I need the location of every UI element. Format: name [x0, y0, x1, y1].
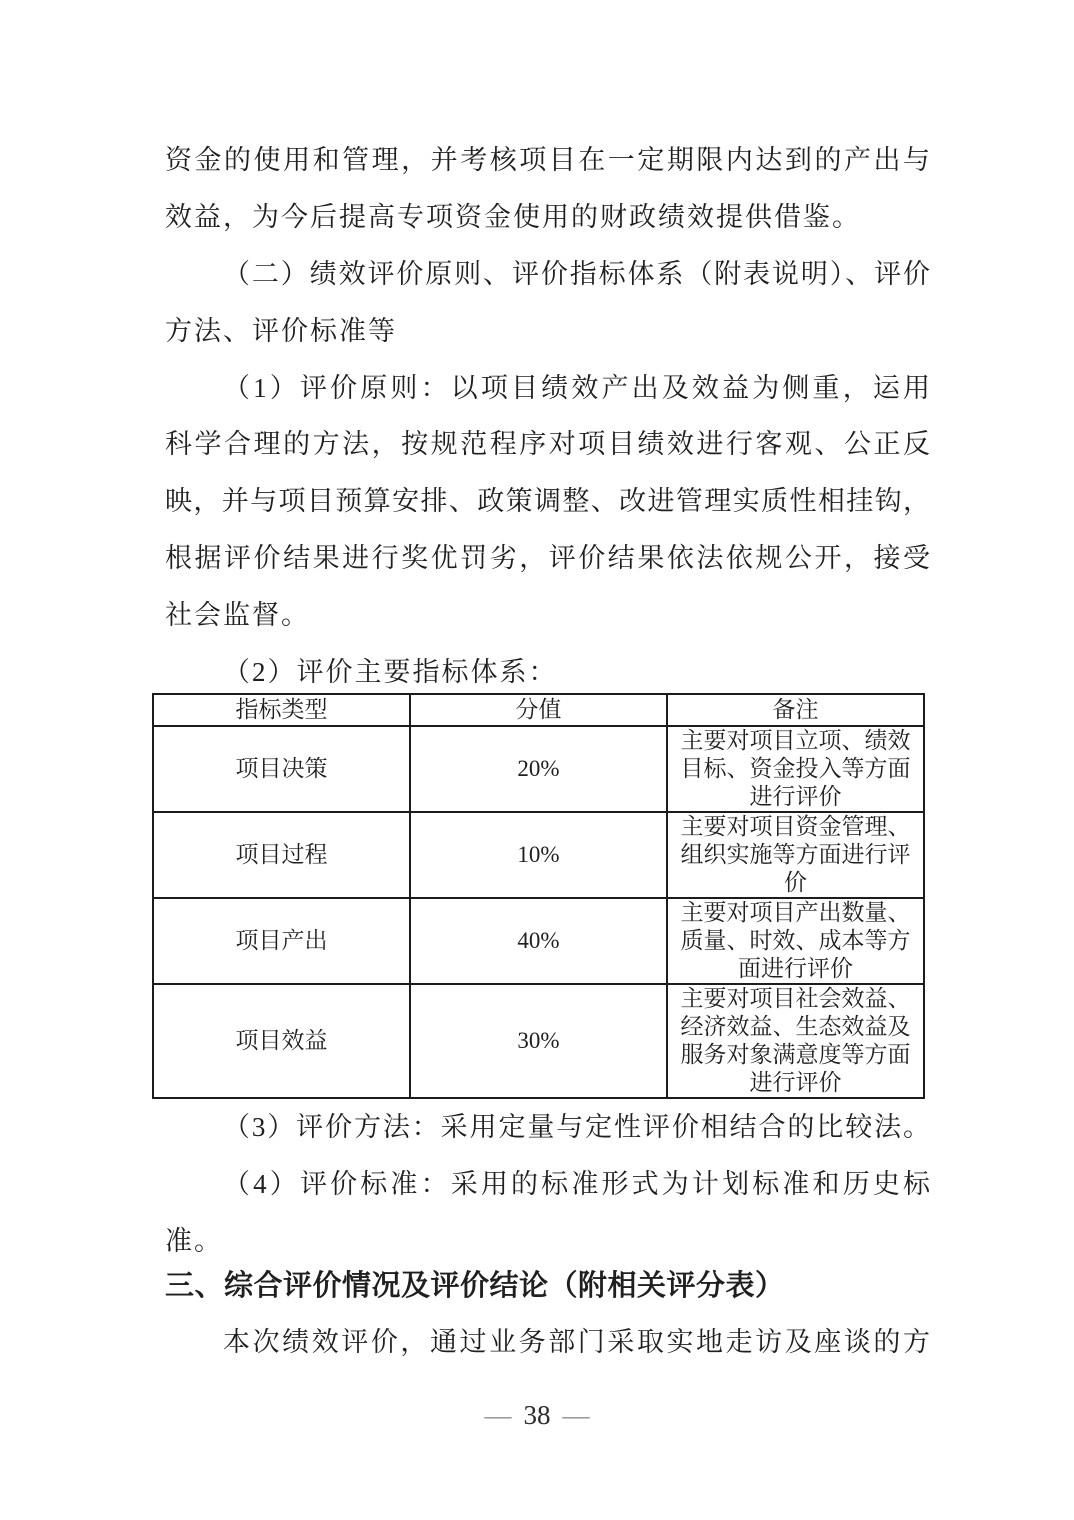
- column-header-note: 备注: [667, 694, 924, 726]
- table-row: 项目产出 40% 主要对项目产出数量、质量、时效、成本等方面进行评价: [153, 898, 924, 984]
- cell-score: 10%: [410, 812, 667, 898]
- body-line: 本次绩效评价，通过业务部门采取实地走访及座谈的方: [165, 1314, 930, 1371]
- body-line: 方法、评价标准等: [165, 303, 930, 360]
- cell-category: 项目过程: [153, 812, 410, 898]
- body-line: 效益，为今后提高专项资金使用的财政绩效提供借鉴。: [165, 189, 930, 246]
- page-number-dash-left: —: [473, 1400, 524, 1430]
- table-row: 项目过程 10% 主要对项目资金管理、组织实施等方面进行评价: [153, 812, 924, 898]
- cell-note: 主要对项目资金管理、组织实施等方面进行评价: [667, 812, 924, 898]
- cell-note: 主要对项目立项、绩效目标、资金投入等方面进行评价: [667, 726, 924, 812]
- body-line: 根据评价结果进行奖优罚劣，评价结果依法依规公开，接受: [165, 530, 930, 587]
- cell-score: 30%: [410, 984, 667, 1098]
- body-line: （3）评价方法：采用定量与定性评价相结合的比较法。: [165, 1099, 930, 1156]
- cell-category: 项目效益: [153, 984, 410, 1098]
- page-content: 资金的使用和管理，并考核项目在一定期限内达到的产出与 效益，为今后提高专项资金使…: [165, 132, 930, 1371]
- cell-note: 主要对项目社会效益、经济效益、生态效益及服务对象满意度等方面进行评价: [667, 984, 924, 1098]
- body-line: 映，并与项目预算安排、政策调整、改进管理实质性相挂钩，: [165, 473, 930, 530]
- table-row: 项目效益 30% 主要对项目社会效益、经济效益、生态效益及服务对象满意度等方面进…: [153, 984, 924, 1098]
- body-line: 科学合理的方法，按规范程序对项目绩效进行客观、公正反: [165, 416, 930, 473]
- cell-score: 20%: [410, 726, 667, 812]
- body-line: （4）评价标准：采用的标准形式为计划标准和历史标: [165, 1156, 930, 1213]
- page-number-dash-right: —: [551, 1400, 602, 1430]
- page-number: —38—: [0, 1400, 1074, 1431]
- body-line: 资金的使用和管理，并考核项目在一定期限内达到的产出与: [165, 132, 930, 189]
- cell-category: 项目产出: [153, 898, 410, 984]
- cell-note: 主要对项目产出数量、质量、时效、成本等方面进行评价: [667, 898, 924, 984]
- page-number-value: 38: [524, 1400, 551, 1430]
- table-header-row: 指标类型 分值 备注: [153, 694, 924, 726]
- indicator-table: 指标类型 分值 备注 项目决策 20% 主要对项目立项、绩效目标、资金投入等方面…: [152, 693, 925, 1099]
- body-line: （二）绩效评价原则、评价指标体系（附表说明）、评价: [165, 246, 930, 303]
- cell-category: 项目决策: [153, 726, 410, 812]
- body-line: 社会监督。: [165, 587, 930, 644]
- section-heading: 三、综合评价情况及评价结论（附相关评分表）: [165, 1258, 930, 1315]
- body-line: （1）评价原则：以项目绩效产出及效益为侧重，运用: [165, 360, 930, 417]
- table-row: 项目决策 20% 主要对项目立项、绩效目标、资金投入等方面进行评价: [153, 726, 924, 812]
- cell-score: 40%: [410, 898, 667, 984]
